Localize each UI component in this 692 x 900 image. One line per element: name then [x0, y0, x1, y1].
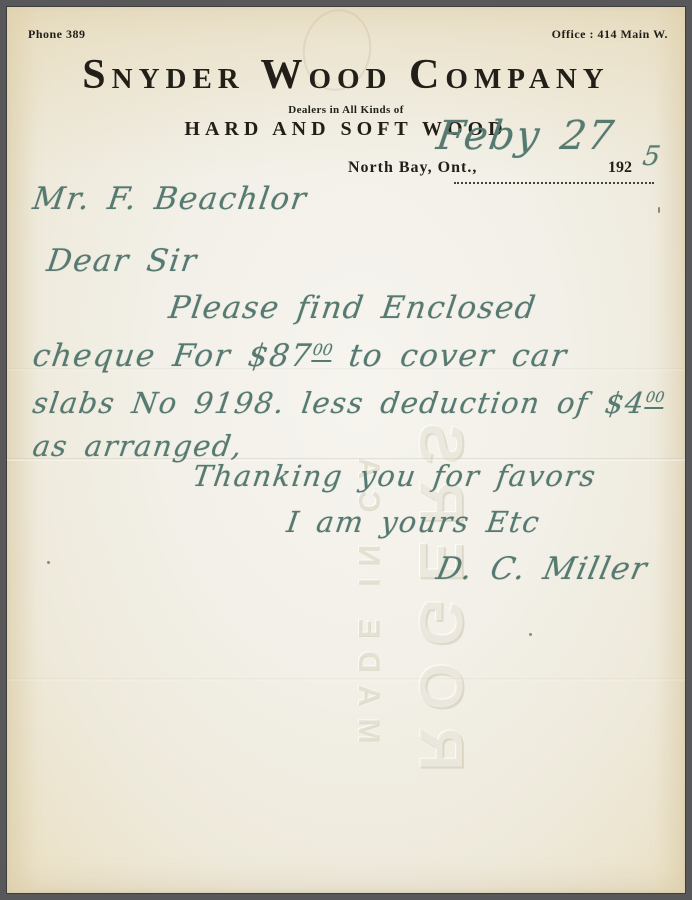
- salutation-line: Dear Sir: [44, 243, 199, 279]
- letter-paper: MADE IN CA ROGERS Phone 389 Office : 414…: [7, 7, 685, 893]
- signature: D. C. Miller: [433, 551, 651, 587]
- handwritten-year-digit: 5: [641, 141, 664, 172]
- phone-label: Phone 389: [28, 27, 86, 42]
- closing-thanks-line: Thanking you for favors: [191, 459, 599, 493]
- body-line-opening: Please find Enclosed: [166, 290, 538, 326]
- dust-speck: [47, 561, 50, 564]
- signoff-line: I am yours Etc: [285, 505, 543, 539]
- handwritten-date: Feby 27: [434, 113, 618, 159]
- office-address-label: Office : 414 Main W.: [552, 27, 668, 42]
- deduction-cents-superscript: 00: [644, 390, 665, 409]
- company-name: Snyder Wood Company: [7, 51, 685, 99]
- body-line-cheque: cheque For $8700 to cover car: [30, 338, 569, 374]
- paper-fold-line: [7, 678, 685, 681]
- cheque-purpose-text: to cover car: [329, 338, 570, 374]
- dust-speck: [529, 633, 532, 636]
- body-line-arranged: as arranged,: [31, 429, 246, 463]
- cheque-amount-text: cheque For $87: [30, 338, 314, 374]
- body-line-slabs: slabs No 9198. less deduction of $400: [31, 386, 666, 420]
- ink-fleck: [658, 207, 660, 213]
- recipient-line: Mr. F. Beachlor: [30, 181, 309, 217]
- dateline-year-prefix: 192: [608, 159, 632, 177]
- slabs-deduction-text: slabs No 9198. less deduction of $4: [31, 386, 648, 420]
